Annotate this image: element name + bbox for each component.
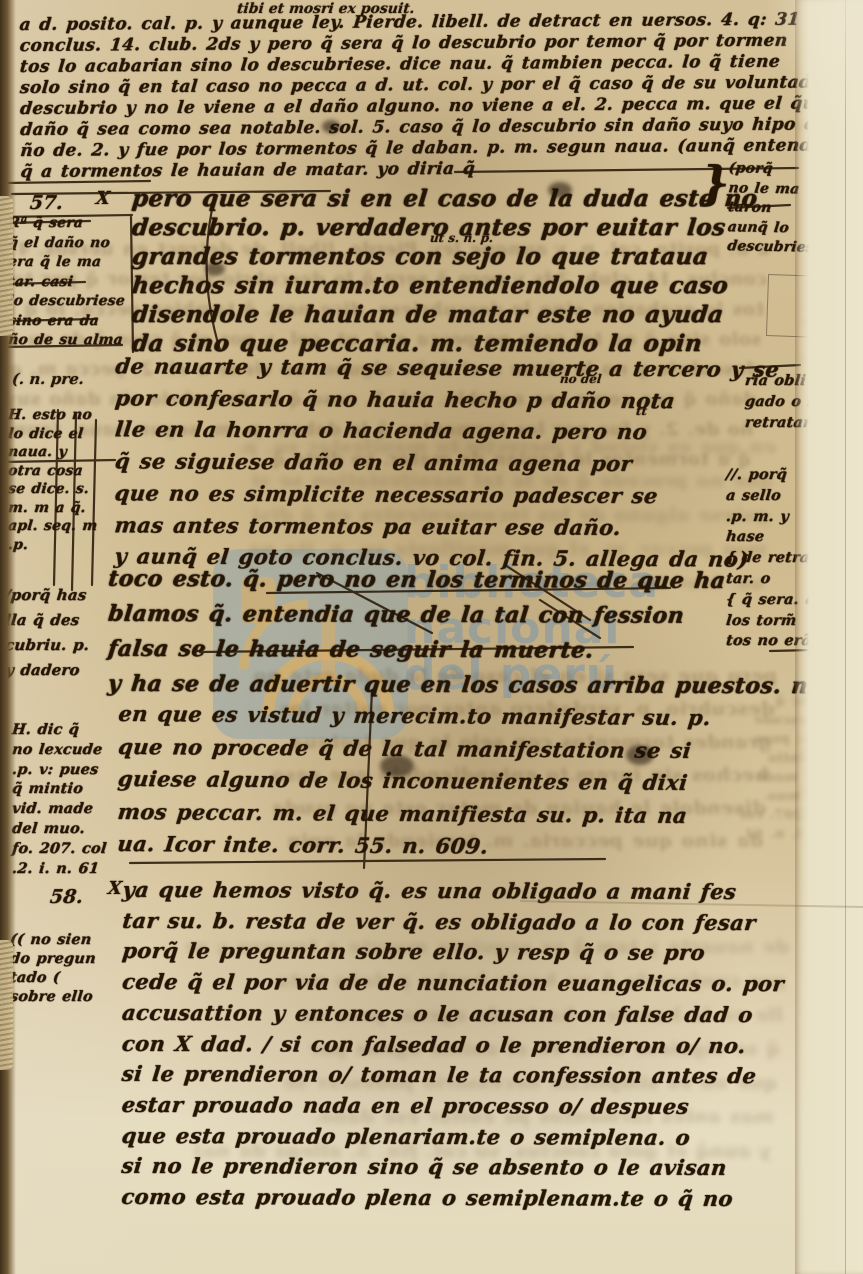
- stacked-page-edges: [0, 940, 13, 1070]
- margin-rule-stroke: [5, 181, 150, 183]
- margin-bracket-stroke: [740, 365, 800, 368]
- flourish-stroke: [540, 600, 600, 638]
- underline-stroke: [455, 168, 798, 172]
- page-corner-highlight: [768, 0, 863, 130]
- underline-stroke: [200, 647, 633, 652]
- ink-blot: [380, 755, 414, 777]
- flourish-stroke: [505, 565, 590, 620]
- book-gutter-edge: [0, 0, 16, 1274]
- ink-strokes-overlay: [0, 0, 863, 1274]
- flourish-stroke: [364, 690, 372, 868]
- ink-blot: [205, 262, 225, 276]
- margin-rule-stroke: [2, 460, 115, 462]
- crossout-stroke: [92, 420, 96, 585]
- underline-stroke: [130, 859, 605, 863]
- strikethrough-stroke: [8, 282, 85, 284]
- strikethrough-stroke: [8, 319, 95, 321]
- crossout-stroke: [72, 415, 76, 590]
- page-edge-line: [845, 0, 846, 1274]
- underline-stroke: [267, 588, 670, 593]
- stacked-page-edges: [0, 196, 13, 336]
- margin-rule-stroke: [2, 345, 122, 347]
- strikethrough-stroke: [728, 205, 790, 208]
- manuscript-page-photo: biblioteca nacional del perú a d. posito…: [0, 0, 863, 1274]
- strikethrough-stroke: [8, 221, 90, 223]
- ink-blot: [548, 182, 572, 198]
- flourish-stroke: [317, 573, 432, 633]
- ink-blot: [322, 120, 340, 133]
- margin-rule-stroke: [131, 217, 133, 352]
- underline-stroke: [12, 191, 330, 194]
- facing-page-edge: [795, 0, 863, 1274]
- margin-rule-stroke: [2, 215, 132, 217]
- ink-blot: [626, 745, 654, 765]
- crossout-stroke: [54, 410, 58, 585]
